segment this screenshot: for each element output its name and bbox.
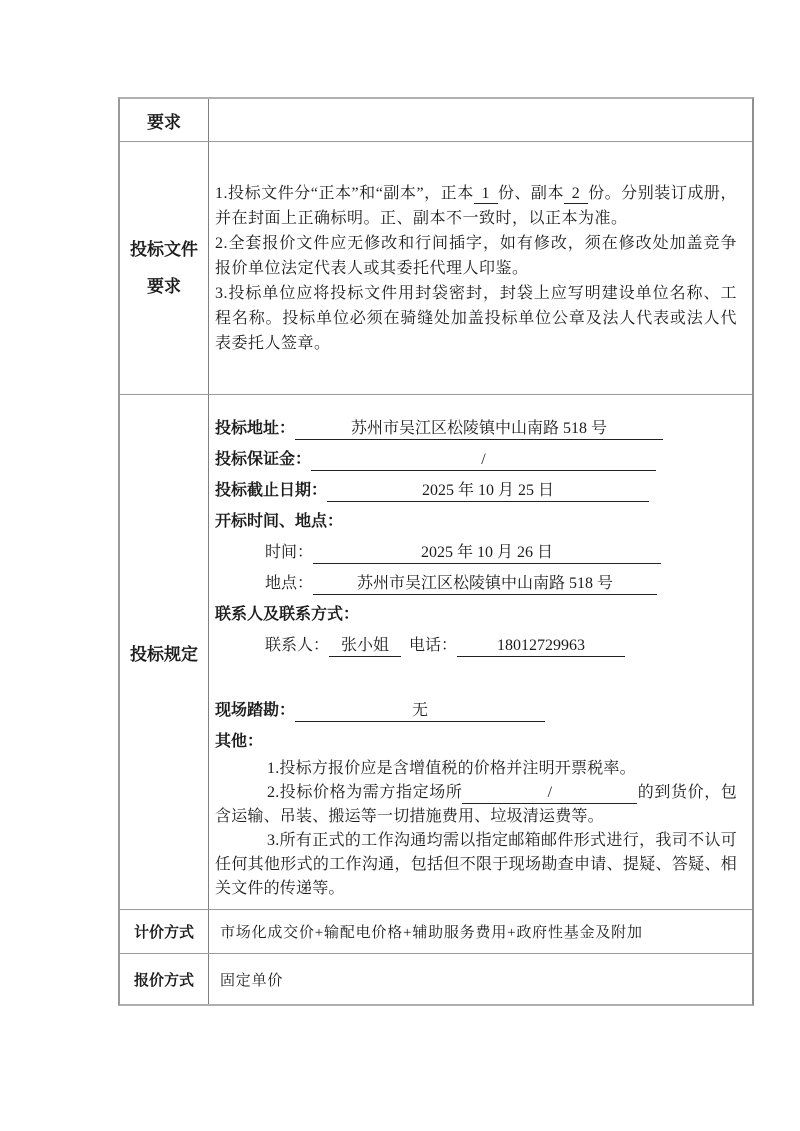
- field-opening-header: 开标时间、地点：: [215, 506, 737, 537]
- bid-address-value: 苏州市吴江区松陵镇中山南路 518 号: [295, 418, 663, 440]
- bid-deadline-value: 2025 年 10 月 25 日: [327, 480, 649, 502]
- bid-address-label: 投标地址：: [215, 420, 295, 437]
- row-header-pricing-method: 计价方式: [120, 910, 209, 953]
- bid-deposit-value: /: [311, 449, 656, 471]
- paragraph-copies-text: 1.投标文件分“正本”和“副本”，正本: [215, 185, 474, 202]
- opening-header-label: 开标时间、地点：: [215, 513, 343, 530]
- other-item-tax: 1.投标方报价应是含增值税的价格并注明开票税率。: [215, 757, 737, 781]
- contact-header-label: 联系人及联系方式：: [215, 606, 359, 623]
- field-bid-address: 投标地址：苏州市吴江区松陵镇中山南路 518 号: [215, 413, 737, 444]
- opening-place-value: 苏州市吴江区松陵镇中山南路 518 号: [313, 573, 657, 595]
- contact-person-value: 张小姐: [329, 635, 401, 657]
- row-header-label-line2: 要求: [147, 268, 181, 305]
- field-opening-time: 时间：2025 年 10 月 26 日: [215, 537, 737, 568]
- quotation-method-cell: 固定单价: [209, 954, 752, 1004]
- site-visit-value: 无: [295, 700, 545, 722]
- row-header-label: 计价方式: [134, 921, 194, 942]
- bid-rules-cell: 投标地址：苏州市吴江区松陵镇中山南路 518 号 投标保证金：/ 投标截止日期：…: [209, 395, 752, 909]
- field-opening-place: 地点：苏州市吴江区松陵镇中山南路 518 号: [215, 568, 737, 599]
- table-row-bid-rules: 投标规定 投标地址：苏州市吴江区松陵镇中山南路 518 号 投标保证金：/ 投标…: [120, 395, 752, 910]
- table-row-bid-document-requirements: 投标文件 要求 1.投标文件分“正本”和“副本”，正本1份、副本2份。分别装订成…: [120, 142, 752, 395]
- quotation-method-value: 固定单价: [220, 969, 283, 990]
- other-item-delivery-pre: 2.投标价格为需方指定场所: [267, 784, 462, 801]
- row-header-label: 要求: [147, 108, 181, 133]
- opening-time-value: 2025 年 10 月 26 日: [313, 542, 661, 564]
- opening-place-label: 地点：: [265, 575, 313, 592]
- paragraph-copies: 1.投标文件分“正本”和“副本”，正本1份、副本2份。分别装订成册，并在封面上正…: [215, 181, 737, 231]
- contact-person-label: 联系人：: [265, 637, 329, 654]
- field-site-visit: 现场踏勘：无: [215, 695, 737, 726]
- other-header-label: 其他：: [215, 733, 263, 750]
- bid-document-requirements-cell: 1.投标文件分“正本”和“副本”，正本1份、副本2份。分别装订成册，并在封面上正…: [209, 142, 752, 394]
- blank-spacer: [215, 661, 737, 695]
- row-header-bid-rules: 投标规定: [120, 395, 209, 909]
- bid-deposit-label: 投标保证金：: [215, 451, 311, 468]
- table-row-pricing-method: 计价方式 市场化成交价+输配电价格+辅助服务费用+政府性基金及附加: [120, 910, 752, 954]
- requirement-content-cell: [209, 99, 752, 141]
- row-header-label: 投标规定: [130, 640, 198, 665]
- row-header-label-line1: 投标文件: [130, 231, 198, 268]
- other-item-communication: 3.所有正式的工作沟通均需以指定邮箱邮件形式进行，我司不认可任何其他形式的工作沟…: [215, 829, 737, 901]
- paragraph-no-modification: 2.全套报价文件应无修改和行间插字，如有修改，须在修改处加盖竞争报价单位法定代表…: [215, 231, 737, 281]
- table-row-requirement: 要求: [120, 99, 752, 142]
- delivery-place-blank: /: [462, 782, 637, 804]
- contact-phone-value: 18012729963: [457, 635, 625, 657]
- site-visit-label: 现场踏勘：: [215, 702, 295, 719]
- row-header-requirement: 要求: [120, 99, 209, 141]
- pricing-method-value: 市场化成交价+输配电价格+辅助服务费用+政府性基金及附加: [220, 921, 643, 942]
- opening-time-label: 时间：: [265, 544, 313, 561]
- row-header-label: 报价方式: [134, 969, 194, 990]
- field-bid-deadline: 投标截止日期：2025 年 10 月 25 日: [215, 475, 737, 506]
- bid-requirements-table: 要求 投标文件 要求 1.投标文件分“正本”和“副本”，正本1份、副本2份。分别…: [118, 97, 754, 1006]
- field-other-header: 其他：: [215, 726, 737, 757]
- field-bid-deposit: 投标保证金：/: [215, 444, 737, 475]
- paragraph-copies-text: 份、副本: [498, 185, 564, 202]
- field-contact: 联系人：张小姐电话：18012729963: [215, 630, 737, 661]
- paragraph-sealing: 3.投标单位应将投标文件用封袋密封，封袋上应写明建设单位名称、工程名称。投标单位…: [215, 281, 737, 356]
- row-header-bid-document-requirements: 投标文件 要求: [120, 142, 209, 394]
- bid-deadline-label: 投标截止日期：: [215, 482, 327, 499]
- duplicate-count-blank: 2: [564, 184, 588, 204]
- table-row-quotation-method: 报价方式 固定单价: [120, 954, 752, 1004]
- contact-phone-label: 电话：: [409, 637, 457, 654]
- pricing-method-cell: 市场化成交价+输配电价格+辅助服务费用+政府性基金及附加: [209, 910, 752, 953]
- other-item-delivery: 2.投标价格为需方指定场所/的到货价，包含运输、吊装、搬运等一切措施费用、垃圾清…: [215, 781, 737, 829]
- field-contact-header: 联系人及联系方式：: [215, 599, 737, 630]
- document-page: 要求 投标文件 要求 1.投标文件分“正本”和“副本”，正本1份、副本2份。分别…: [0, 0, 800, 1131]
- row-header-quotation-method: 报价方式: [120, 954, 209, 1004]
- original-count-blank: 1: [474, 184, 498, 204]
